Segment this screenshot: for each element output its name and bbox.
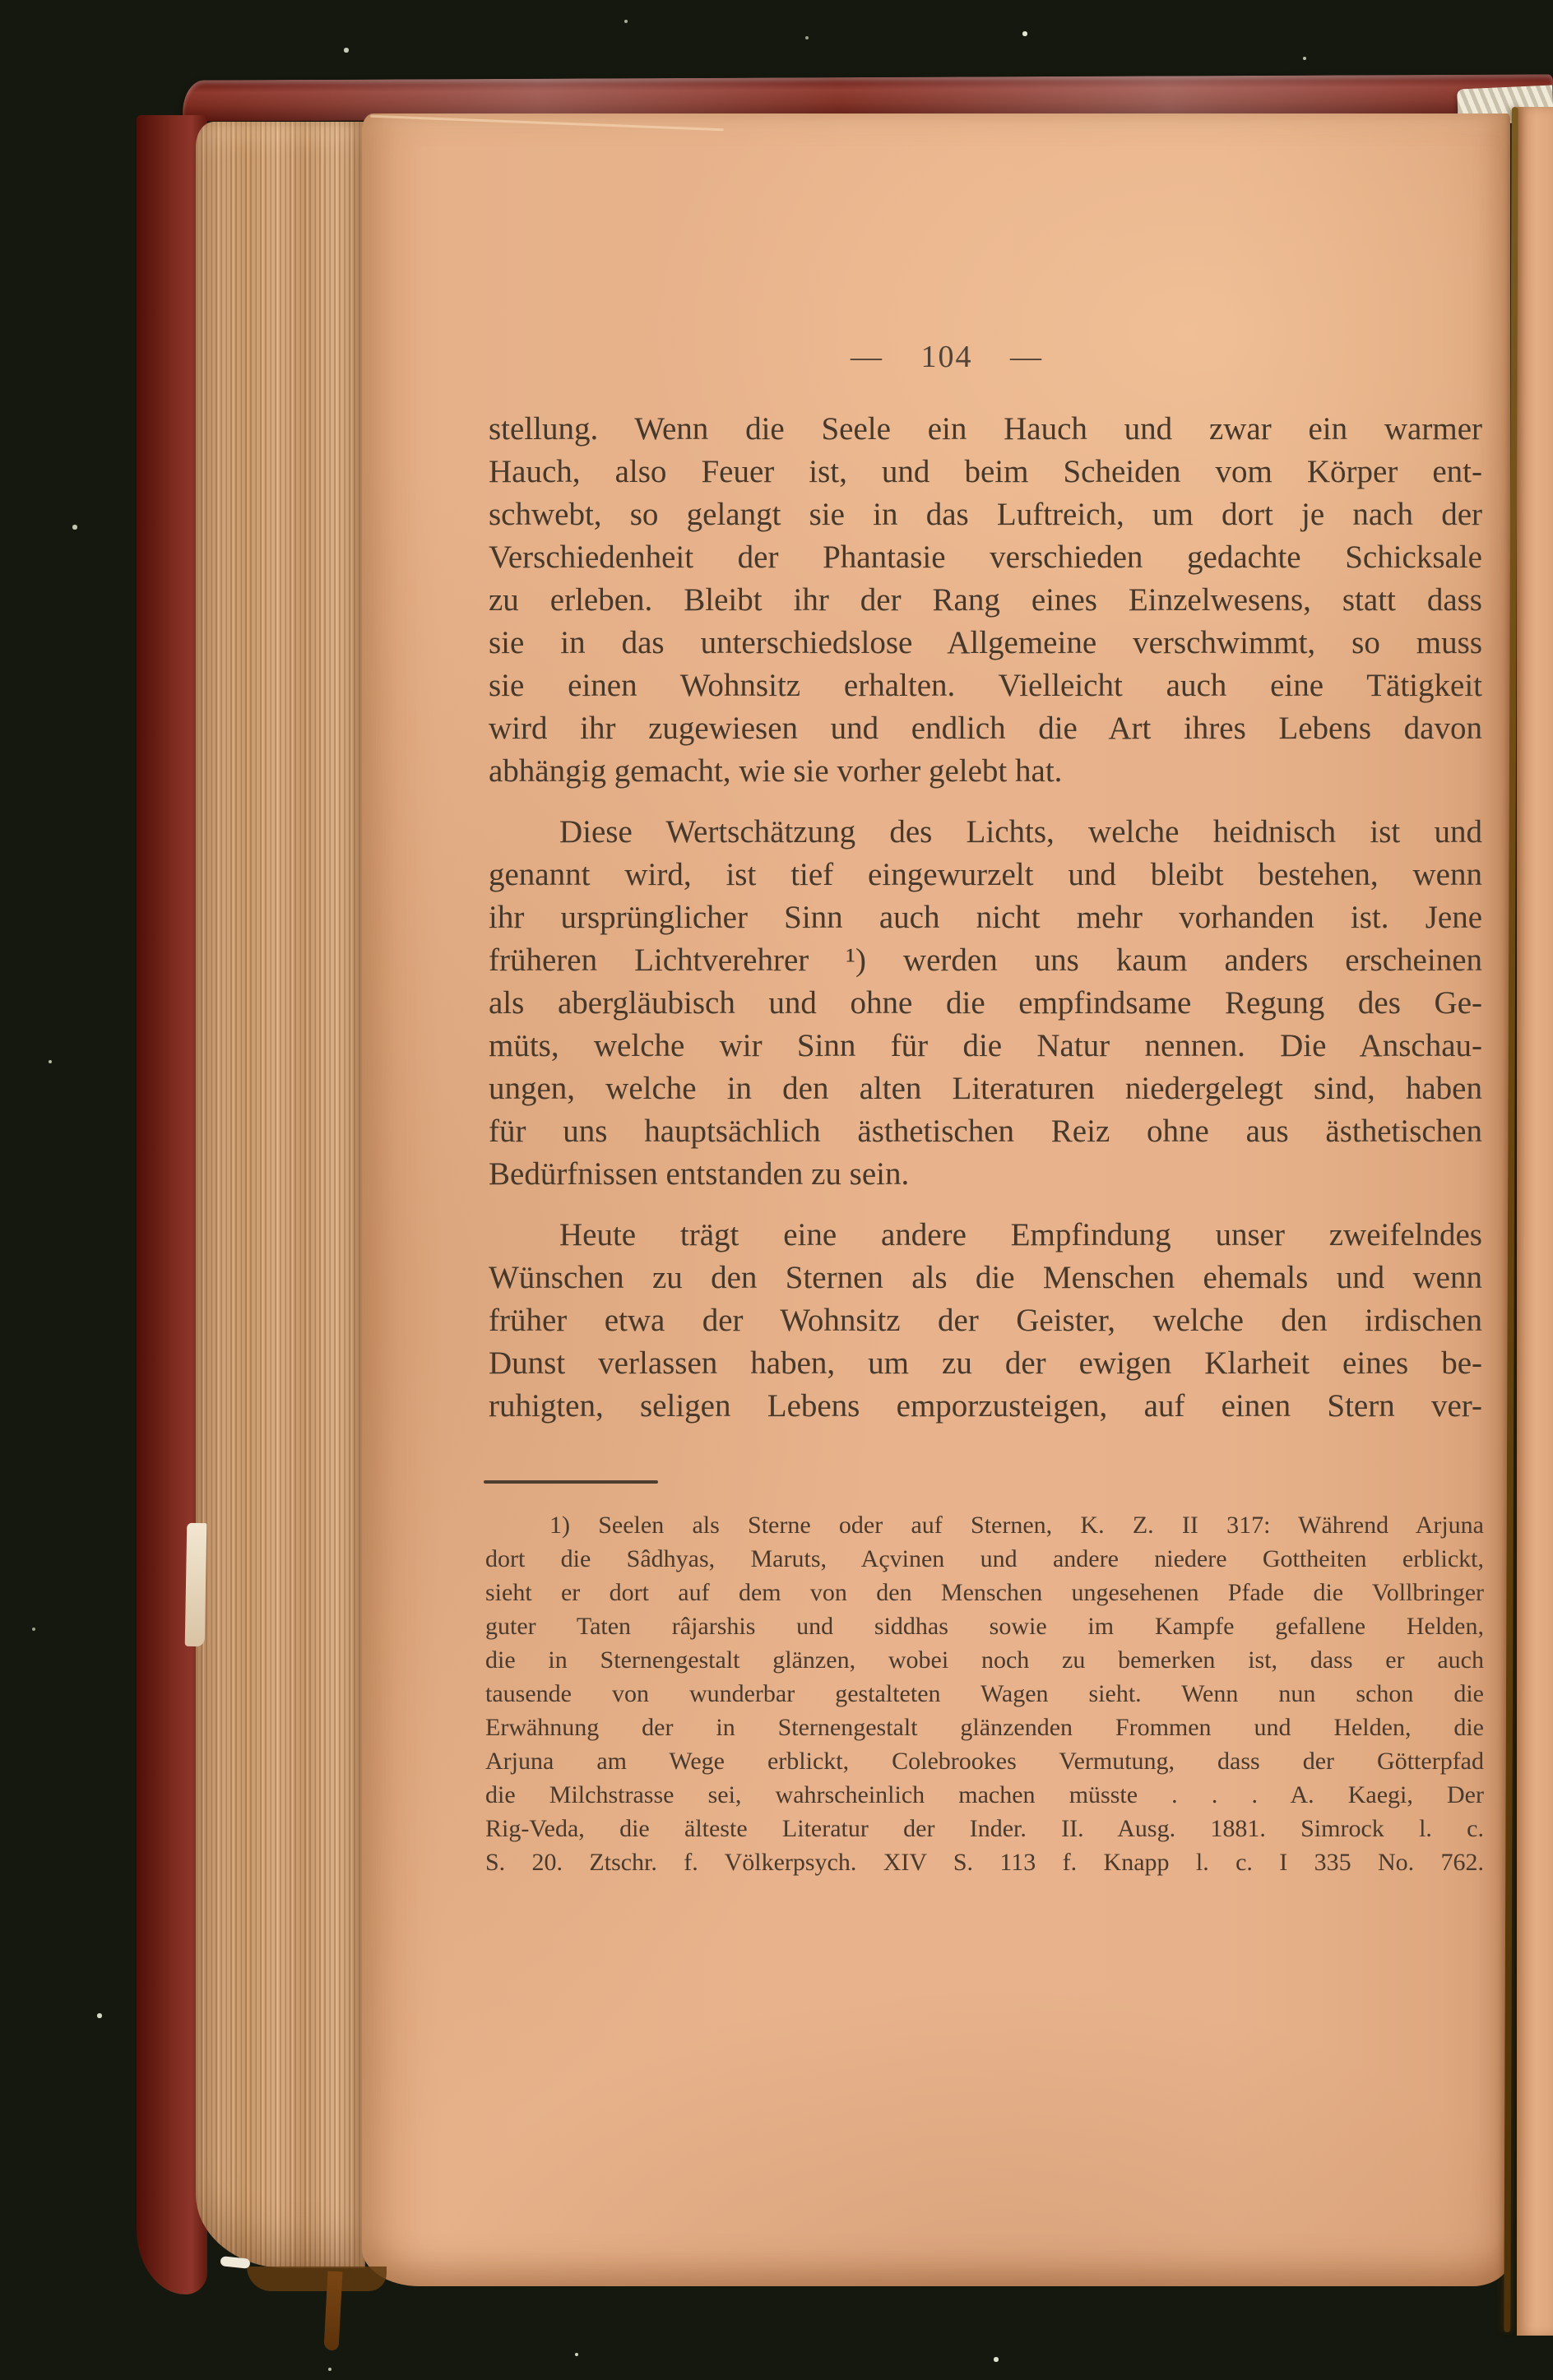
text-line: S. 20. Ztschr. f. Völkerpsych. XIV S. 11… [485, 1845, 1484, 1879]
text-line: Wünschen zu den Sternen als die Menschen… [489, 1257, 1482, 1299]
text-line: früheren Lichtverehrer ¹) werden uns kau… [489, 939, 1482, 982]
text-line: Hauch, also Feuer ist, und beim Scheiden… [489, 451, 1482, 493]
text-line: früher etwa der Wohnsitz der Geister, we… [489, 1299, 1482, 1342]
page-edges-stack [196, 122, 365, 2268]
text-line: die in Sternengestalt glänzen, wobei noc… [485, 1643, 1484, 1677]
text-line: Arjuna am Wege erblickt, Colebrookes Ver… [485, 1744, 1484, 1778]
text-line: Diese Wertschätzung des Lichts, welche h… [489, 811, 1482, 854]
paragraph-2: Diese Wertschätzung des Lichts, welche h… [489, 811, 1482, 1196]
text-line: Erwähnung der in Sternengestalt glänzend… [485, 1711, 1484, 1744]
text-line: Dunst verlassen haben, um zu der ewigen … [489, 1342, 1482, 1385]
text-line: zu erleben. Bleibt ihr der Rang eines Ei… [489, 579, 1482, 622]
text-line: sieht er dort auf dem von den Menschen u… [485, 1576, 1484, 1609]
cover-bottom-smear [247, 2267, 387, 2291]
paragraph-1: stellung. Wenn die Seele ein Hauch und z… [489, 408, 1482, 793]
text-line: für uns hauptsächlich ästhetischen Reiz … [489, 1110, 1482, 1153]
text-line: als abergläubisch und ohne die empfindsa… [489, 982, 1482, 1025]
text-line: genannt wird, ist tief eingewurzelt und … [489, 854, 1482, 896]
text-line: ungen, welche in den alten Literaturen n… [489, 1067, 1482, 1110]
text-line: Rig-Veda, die älteste Literatur der Inde… [485, 1812, 1484, 1845]
book-scan: — 104 — stellung. Wenn die Seele ein Hau… [0, 0, 1553, 2380]
text-line: tausende von wunderbar gestalteten Wagen… [485, 1677, 1484, 1711]
text-line: wird ihr zugewiesen und endlich die Art … [489, 707, 1482, 750]
text-line: ihr ursprünglicher Sinn auch nicht mehr … [489, 896, 1482, 939]
text-line: Verschiedenheit der Phantasie verschiede… [489, 536, 1482, 579]
text-line: sie einen Wohnsitz erhalten. Vielleicht … [489, 664, 1482, 707]
cover-bottom-drip [324, 2271, 343, 2351]
text-line: sie in das unterschiedslose Allgemeine v… [489, 622, 1482, 664]
adjacent-page-strip [1517, 107, 1553, 2336]
book-page: — 104 — stellung. Wenn die Seele ein Hau… [362, 113, 1510, 2286]
text-line: schwebt, so gelangt sie in das Luftreich… [489, 493, 1482, 536]
paper-glint [220, 2256, 250, 2269]
text-line: Heute trägt eine andere Empfindung unser… [489, 1214, 1482, 1257]
text-line: die Milchstrasse sei, wahrscheinlich mac… [485, 1778, 1484, 1812]
paragraph-3: Heute trägt eine andere Empfindung unser… [489, 1214, 1482, 1428]
body-text: stellung. Wenn die Seele ein Hauch und z… [489, 408, 1482, 1428]
dust-specks [0, 0, 2, 2]
text-line: Bedürfnissen entstanden zu sein. [489, 1153, 1482, 1196]
text-line: guter Taten râjarshis und siddhas sowie … [485, 1609, 1484, 1643]
footnote-text: 1) Seelen als Sterne oder auf Sternen, K… [485, 1508, 1484, 1879]
text-line: ruhigten, seligen Lebens emporzusteigen,… [489, 1385, 1482, 1428]
footnote-separator [484, 1480, 658, 1484]
text-line: stellung. Wenn die Seele ein Hauch und z… [489, 408, 1482, 451]
page-corner-sliver [185, 1523, 207, 1646]
text-line: abhängig gemacht, wie sie vorher gelebt … [489, 750, 1482, 793]
text-line: 1) Seelen als Sterne oder auf Sternen, K… [485, 1508, 1484, 1542]
text-line: dort die Sâdhyas, Maruts, Açvinen und an… [485, 1542, 1484, 1576]
text-line: müts, welche wir Sinn für die Natur nenn… [489, 1025, 1482, 1067]
page-number: — 104 — [373, 339, 1521, 375]
